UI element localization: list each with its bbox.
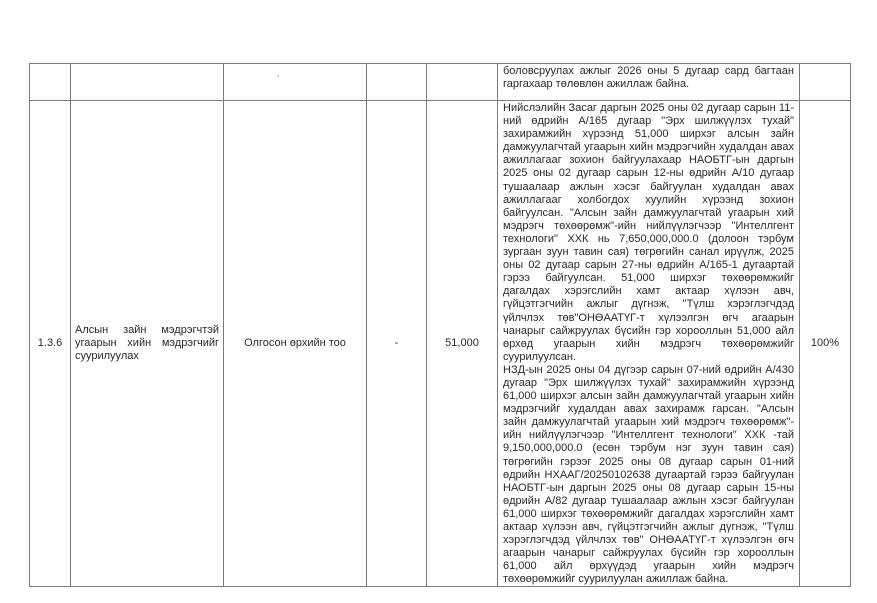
completion-cell: 100% [800,101,851,587]
document-page: боловсруулах ажлыг 2026 оны 5 дугаар сар… [0,0,877,603]
baseline-cell [367,64,427,101]
progress-description-cell: Нийслэлийн Засаг даргын 2025 оны 02 дуга… [498,101,800,587]
table-row: боловсруулах ажлыг 2026 оны 5 дугаар сар… [30,64,851,101]
baseline-cell: - [367,101,427,587]
progress-paragraph: Нийслэлийн Засаг даргын 2025 оны 02 дуга… [503,101,794,364]
table-row: 1.3.6 Алсын зайн мэдрэгчтэй угаарын хийн… [30,101,851,587]
progress-report-table: боловсруулах ажлыг 2026 оны 5 дугаар сар… [29,63,851,587]
progress-paragraph: боловсруулах ажлыг 2026 оны 5 дугаар сар… [503,64,794,91]
indicator-cell [224,64,367,101]
target-cell: 51,000 [427,101,498,587]
progress-description-cell: боловсруулах ажлыг 2026 оны 5 дугаар сар… [498,64,800,101]
completion-cell [800,64,851,101]
index-cell: 1.3.6 [30,101,71,587]
index-cell [30,64,71,101]
activity-cell: Алсын зайн мэдрэгчтэй угаарын хийн мэдрэ… [71,101,224,587]
indicator-cell: Олгосон өрхийн тоо [224,101,367,587]
target-cell [427,64,498,101]
progress-paragraph: НЗД-ын 2025 оны 04 дүгээр сарын 07-ний ө… [503,364,794,587]
activity-cell [71,64,224,101]
